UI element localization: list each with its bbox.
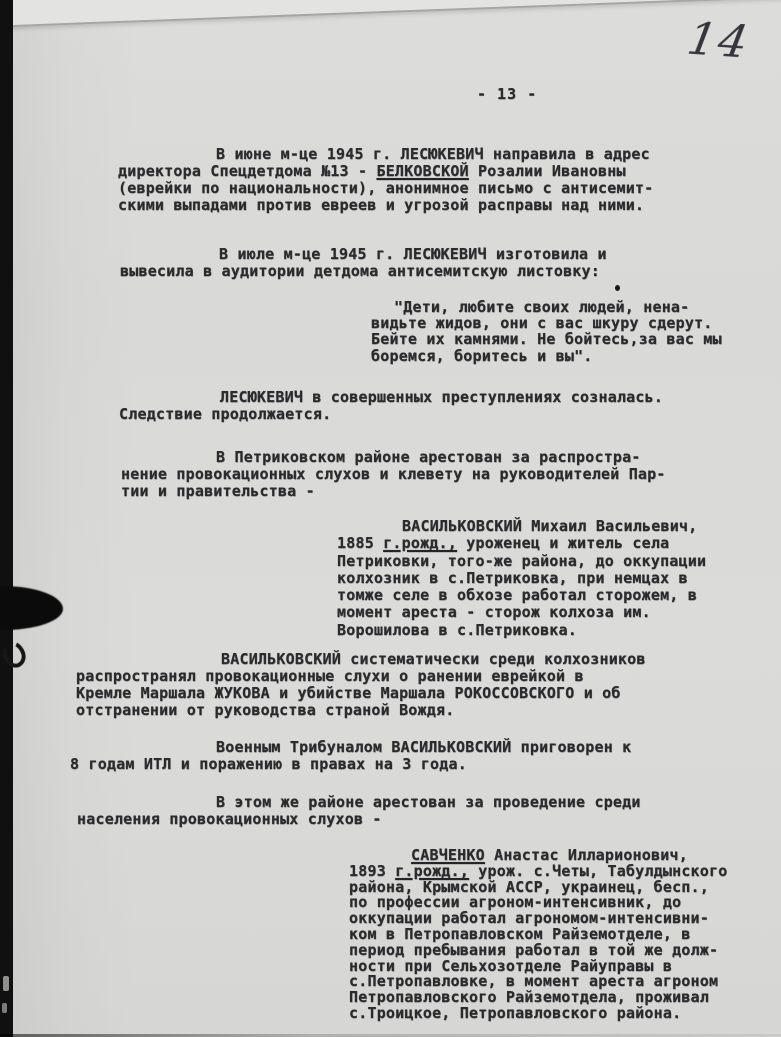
paragraph-confession: ЛЕСЮКЕВИЧ в совершенных преступлениях со… [119,389,663,423]
paragraph-rumors-spread: ВАСИЛЬКОВСКИЙ систематически среди колхо… [76,651,646,719]
scan-edge-speck [2,1003,7,1013]
scan-left-edge [0,0,13,1037]
paragraph-same-district-arrest: В этом же районе арестован за проведение… [77,794,641,828]
leaflet-quote: "Дети, любите своих людей, нена- видьте … [371,299,722,364]
page-number: - 13 - [477,86,537,103]
scan-edge-speck [3,976,9,991]
paragraph-tribunal-sentence: Военным Трибуналом ВАСИЛЬКОВСКИЙ пригово… [70,739,631,773]
ink-dot [615,285,620,291]
bio-vasilkovsky: ВАСИЛЬКОВСКИЙ Михаил Васильевич, 1885 г.… [337,518,706,639]
bio-savchenko: САВЧЕНКО Анастас Илларионович, 1893 г.ро… [349,848,727,1022]
paragraph-leaflet-intro: В июле м-це 1945 г. ЛЕСЮКЕВИЧ изготовила… [120,246,607,280]
paragraph-anonymous-letter: В июне м-це 1945 г. ЛЕСЮКЕВИЧ направила … [118,146,653,214]
handwritten-page-number: 14 [683,12,753,69]
paragraph-petrikovsky-arrest: В Петриковском районе арестован за распр… [121,449,666,501]
